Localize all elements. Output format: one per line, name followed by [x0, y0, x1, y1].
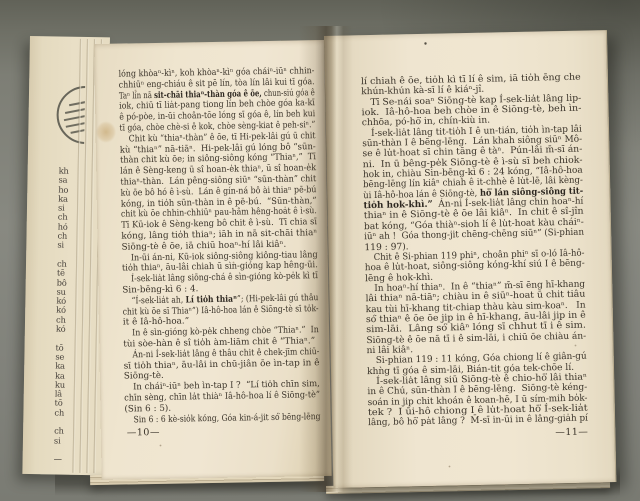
stamp-line [65, 104, 85, 114]
text-segment: Siōng-tè. [124, 371, 164, 382]
text-segment: “Í-sek-lia̍t ah, [131, 295, 185, 306]
text-segment: Taⁿ lín nā [119, 91, 154, 102]
paper-stain [93, 118, 119, 146]
left-page-number: —10— [127, 427, 160, 439]
right-page-text: lí chiah ê ōe, tio̍h kì tī lí ê sim, iā … [361, 73, 588, 429]
dust-specks [0, 0, 1, 1]
fragment-line: — [54, 455, 70, 465]
text-segment-bold: Lí tio̍h thiaⁿ [186, 294, 238, 305]
text-segment: ni lâi kiâⁿ. [367, 345, 414, 356]
left-page-text: lóng khòaⁿ-kìⁿ, koh khòaⁿ-kìⁿ góa cháiⁿ-… [118, 66, 320, 426]
fragment-line: kó [56, 325, 72, 335]
stamp-line [69, 98, 85, 106]
text-line: Sin 6 : 6 kè-sio̍k kóng, Góa kin-á-jit s… [125, 412, 321, 426]
fragment-line: si [54, 436, 70, 446]
text-segment: Sin-bēng-kì 6 : 4. [122, 284, 198, 295]
text-segment: (Sin 6 : 5). [124, 403, 171, 414]
book-photo: khsahokasichhóchsi chtēbôsukókóchkó tōse… [0, 0, 640, 501]
text-segment: Sin 6 : 6 kè-sio̍k kóng, Góa kin-á-jit s… [134, 412, 321, 425]
text-segment: Í-sek-lia̍t lâng siōng-chá ê sìn-gióng k… [131, 271, 318, 284]
right-page-number: —11— [368, 427, 588, 443]
under-page-fragments: khsahokasichhóchsi chtēbôsukókóchkó tōse… [54, 167, 75, 465]
text-segment: it ê Iâ-hô-hoa.” [123, 317, 189, 328]
left-page: lóng khòaⁿ-kìⁿ, koh khòaⁿ-kìⁿ góa cháiⁿ-… [94, 40, 332, 480]
text-segment: 119 : 97). [364, 242, 408, 253]
fragment-line: ch [54, 408, 70, 418]
text-segment: chun-siú góa ê [262, 88, 315, 99]
right-page: lí chiah ê ōe, tio̍h kì tī lí ê sim, iā … [324, 30, 616, 488]
fragment-line: si [57, 241, 73, 251]
text-segment: ”; (Hi-pek-lâi gú thâu [237, 293, 319, 304]
